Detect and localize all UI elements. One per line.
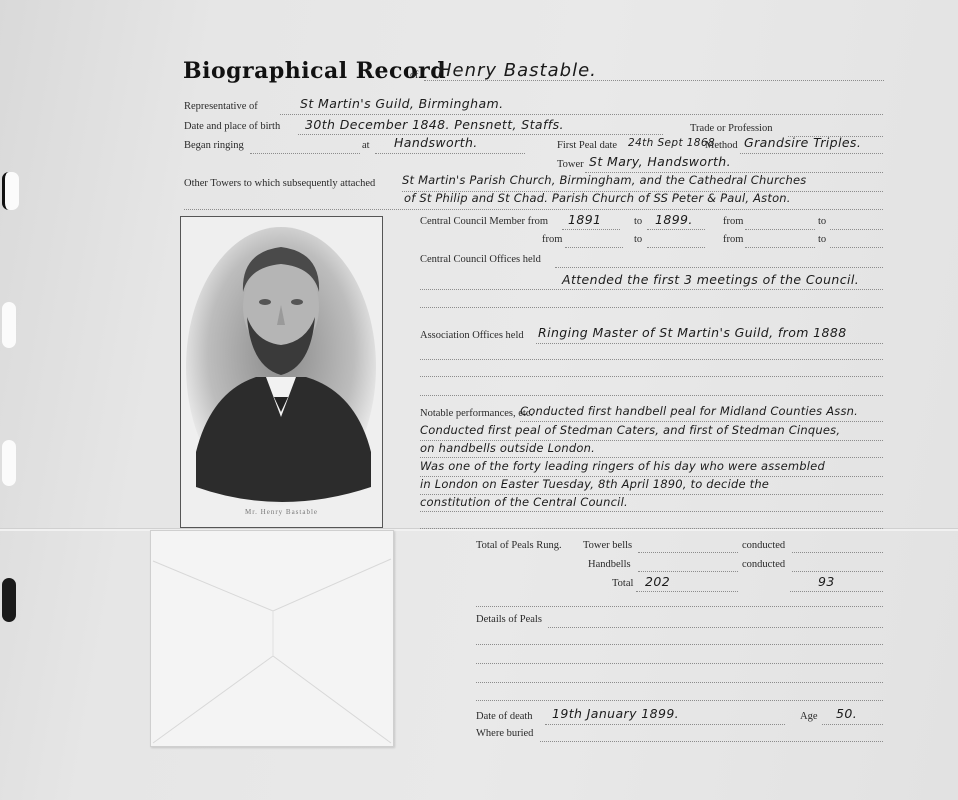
- tower-bells-label: Tower bells: [583, 540, 632, 551]
- method-line: [740, 153, 883, 154]
- notable-label: Notable performances, etc.: [420, 408, 533, 419]
- page-title: Biographical Record: [183, 58, 446, 84]
- notable-value-2: Conducted first peal of Stedman Caters, …: [420, 423, 840, 437]
- subject-name: Henry Bastable.: [438, 60, 597, 81]
- other-towers-value-2: of St Philip and St Chad. Parish Church …: [404, 191, 791, 205]
- council-row2-from2-line: [745, 247, 815, 248]
- notable-value-5: in London on Easter Tuesday, 8th April 1…: [420, 477, 769, 491]
- notable-line-1: [520, 421, 883, 422]
- birth-label: Date and place of birth: [184, 121, 280, 132]
- at-label: at: [362, 140, 370, 151]
- total-value: 202: [645, 574, 670, 589]
- conducted-label: conducted: [742, 559, 785, 570]
- notable-value-4: Was one of the forty leading ringers of …: [420, 459, 825, 473]
- punch-hole: [2, 172, 19, 210]
- other-towers-label: Other Towers to which subsequently attac…: [184, 178, 375, 189]
- began-ringing-line: [250, 153, 360, 154]
- representative-value: St Martin's Guild, Birmingham.: [300, 96, 503, 111]
- council-offices-label: Central Council Offices held: [420, 254, 541, 265]
- handbells-label: Handbells: [588, 559, 631, 570]
- portrait-image: [181, 217, 382, 527]
- title-of-label: of: [410, 70, 418, 81]
- death-label: Date of death: [476, 711, 533, 722]
- tower-label: Tower: [557, 159, 584, 170]
- method-label: Method: [705, 140, 738, 151]
- total-label: Total: [612, 578, 633, 589]
- other-towers-line-2: [184, 209, 883, 210]
- from-label: from: [542, 234, 562, 245]
- death-line: [545, 724, 785, 725]
- age-value: 50.: [836, 706, 857, 721]
- notable-line-6: [420, 511, 883, 512]
- hand-conducted-line: [792, 571, 883, 572]
- record-page: Biographical Record of Henry Bastable. R…: [0, 0, 958, 800]
- council-offices-line-3: [420, 307, 883, 308]
- tower-bells-line: [638, 552, 738, 553]
- birth-value: 30th December 1848. Pensnett, Staffs.: [305, 117, 564, 132]
- representative-line: [280, 114, 883, 115]
- punch-hole: [2, 302, 16, 348]
- council-from-value: 1891: [568, 212, 601, 227]
- details-line-3: [476, 663, 883, 664]
- representative-label: Representative of: [184, 101, 258, 112]
- notable-line-7: [420, 528, 883, 529]
- association-offices-line-2: [420, 359, 883, 360]
- to-label: to: [634, 216, 642, 227]
- to-label: to: [818, 216, 826, 227]
- council-member-label: Central Council Member from: [420, 216, 548, 227]
- peals-label: Total of Peals Rung.: [476, 540, 562, 551]
- other-towers-value-1: St Martin's Parish Church, Birmingham, a…: [402, 173, 806, 187]
- to-label: to: [634, 234, 642, 245]
- age-label: Age: [800, 711, 818, 722]
- details-of-peals-label: Details of Peals: [476, 614, 542, 625]
- notable-value-3: on handbells outside London.: [420, 441, 595, 455]
- council-to2-line: [830, 229, 883, 230]
- at-line: [375, 153, 525, 154]
- began-ringing-at-value: Handsworth.: [394, 135, 478, 150]
- details-line-4: [476, 682, 883, 683]
- council-row2-from-line: [565, 247, 623, 248]
- association-offices-line: [536, 343, 883, 344]
- council-row2-to2-line: [830, 247, 883, 248]
- association-offices-value: Ringing Master of St Martin's Guild, fro…: [538, 325, 847, 340]
- council-offices-line-2: [420, 289, 883, 290]
- tower-value: St Mary, Handsworth.: [589, 154, 731, 169]
- first-peal-label: First Peal date: [557, 140, 617, 151]
- began-ringing-label: Began ringing: [184, 140, 244, 151]
- council-from-line: [562, 229, 620, 230]
- council-offices-value: Attended the first 3 meetings of the Cou…: [562, 272, 859, 287]
- birth-line: [298, 134, 663, 135]
- total-conducted-line: [790, 591, 883, 592]
- council-to-value: 1899.: [655, 212, 693, 227]
- council-row2-to-line: [647, 247, 705, 248]
- council-from2-line: [745, 229, 815, 230]
- total-line: [636, 591, 738, 592]
- association-offices-line-4: [420, 395, 883, 396]
- where-buried-line: [540, 741, 883, 742]
- attached-envelope: [150, 530, 394, 747]
- council-to-line: [647, 229, 705, 230]
- age-line: [822, 724, 883, 725]
- first-peal-date: 24th Sept 1868: [628, 137, 715, 149]
- from-label: from: [723, 234, 743, 245]
- notable-value-1: Conducted first handbell peal for Midlan…: [520, 404, 858, 418]
- punch-hole: [2, 440, 16, 486]
- to-label: to: [818, 234, 826, 245]
- notable-line-3: [420, 457, 883, 458]
- where-buried-label: Where buried: [476, 728, 533, 739]
- association-offices-label: Association Offices held: [420, 330, 524, 341]
- details-line-1: [548, 627, 883, 628]
- association-offices-line-3: [420, 376, 883, 377]
- method-value: Grandsire Triples.: [744, 135, 861, 150]
- portrait-photo: Mr. Henry Bastable: [180, 216, 383, 528]
- details-line-2: [476, 644, 883, 645]
- details-line-5: [476, 700, 883, 701]
- punch-hole: [2, 578, 16, 622]
- death-value: 19th January 1899.: [552, 706, 679, 721]
- photo-caption: Mr. Henry Bastable: [181, 508, 382, 516]
- notable-value-6: constitution of the Central Council.: [420, 495, 628, 509]
- trade-label: Trade or Profession: [690, 123, 772, 134]
- tower-conducted-line: [792, 552, 883, 553]
- envelope-icon: [151, 531, 393, 746]
- conducted-label: conducted: [742, 540, 785, 551]
- council-offices-line: [555, 267, 883, 268]
- total-conducted-value: 93: [818, 574, 835, 589]
- peals-divider-line: [476, 606, 883, 607]
- from-label: from: [723, 216, 743, 227]
- handbells-line: [638, 571, 738, 572]
